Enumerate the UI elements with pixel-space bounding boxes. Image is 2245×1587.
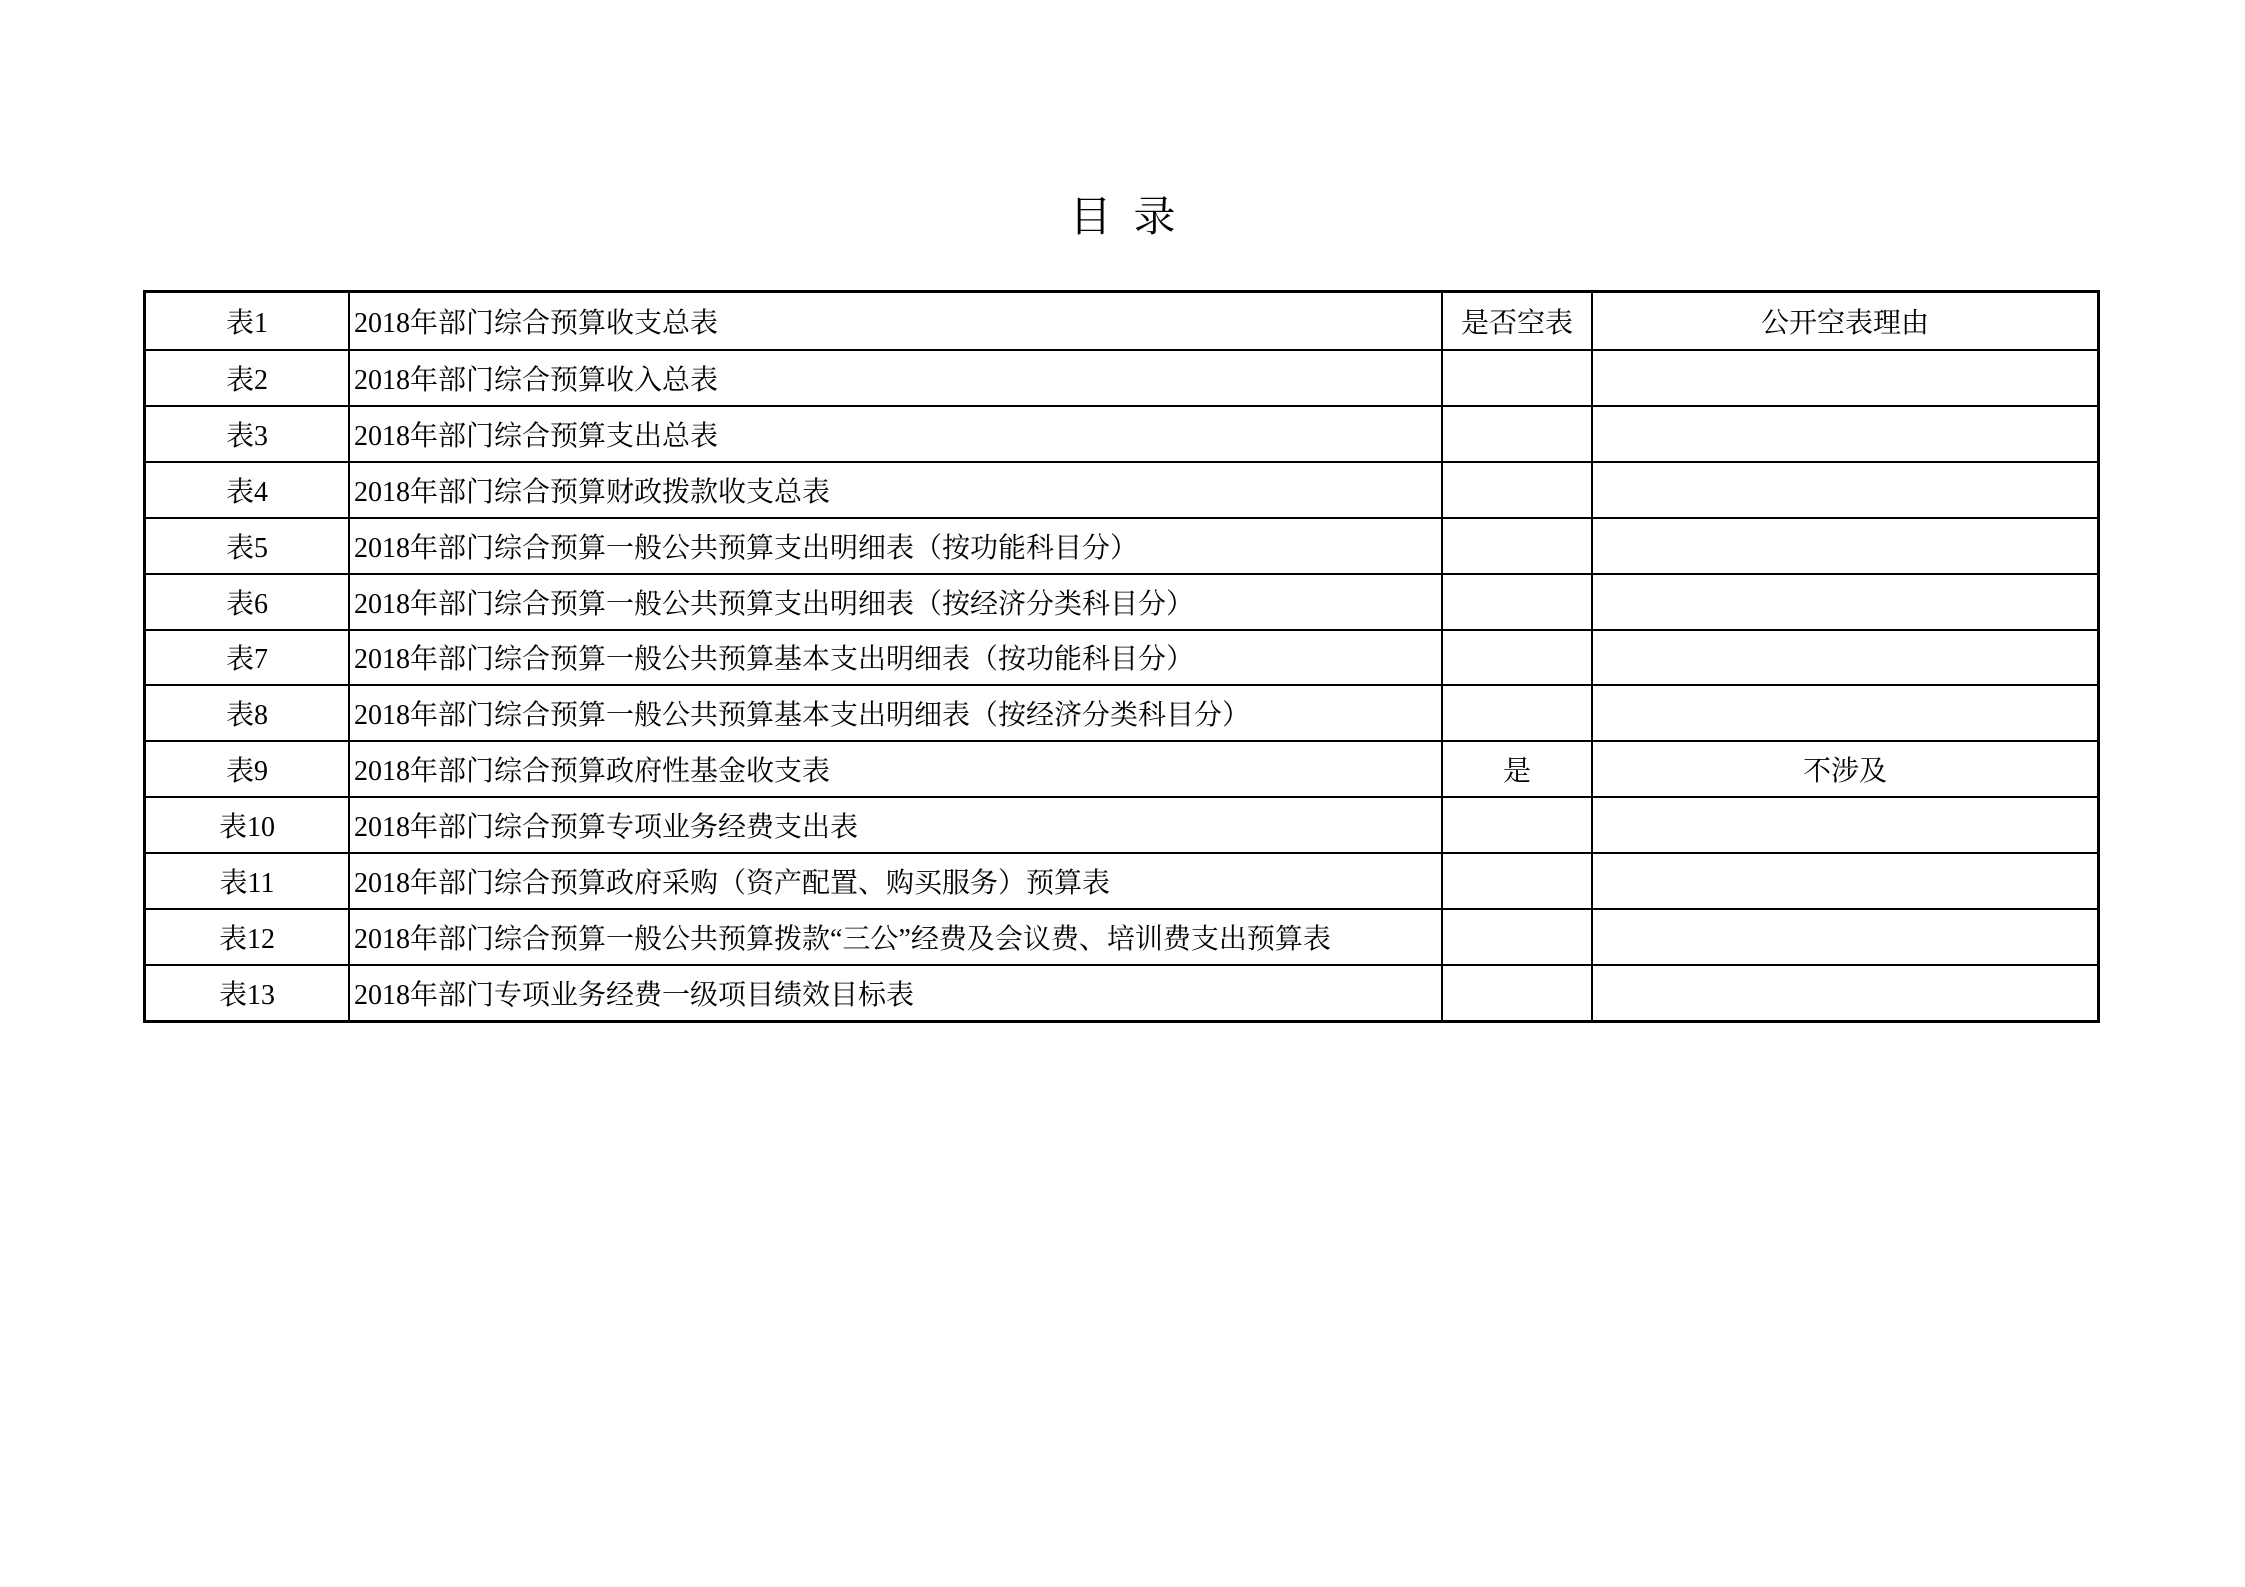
row-title-cell: 2018年部门综合预算支出总表 [348, 407, 1441, 461]
table-row: 表122018年部门综合预算一般公共预算拨款“三公”经费及会议费、培训费支出预算… [146, 908, 2097, 964]
table-row: 表82018年部门综合预算一般公共预算基本支出明细表（按经济分类科目分） [146, 684, 2097, 740]
empty-flag-cell [1441, 351, 1591, 405]
table-row: 表22018年部门综合预算收入总表 [146, 349, 2097, 405]
reason-cell [1591, 407, 2097, 461]
empty-flag-cell [1441, 575, 1591, 629]
row-title-cell: 2018年部门综合预算一般公共预算支出明细表（按经济分类科目分） [348, 575, 1441, 629]
toc-table: 表12018年部门综合预算收支总表是否空表公开空表理由表22018年部门综合预算… [143, 290, 2100, 1023]
reason-cell [1591, 351, 2097, 405]
reason-cell [1591, 798, 2097, 852]
table-row: 表112018年部门综合预算政府采购（资产配置、购买服务）预算表 [146, 852, 2097, 908]
row-title-cell: 2018年部门综合预算一般公共预算拨款“三公”经费及会议费、培训费支出预算表 [348, 910, 1441, 964]
row-title-cell: 2018年部门综合预算财政拨款收支总表 [348, 463, 1441, 517]
row-id-cell: 表8 [146, 686, 348, 740]
reason-cell [1591, 631, 2097, 685]
row-id-cell: 表6 [146, 575, 348, 629]
empty-flag-cell [1441, 686, 1591, 740]
document-page: 目录 表12018年部门综合预算收支总表是否空表公开空表理由表22018年部门综… [0, 0, 2245, 1587]
empty-flag-cell: 是 [1441, 742, 1591, 796]
empty-flag-cell: 是否空表 [1441, 293, 1591, 349]
row-id-cell: 表5 [146, 519, 348, 573]
row-title-cell: 2018年部门综合预算收支总表 [348, 293, 1441, 349]
page-title: 目录 [0, 188, 2245, 248]
row-title-cell: 2018年部门综合预算政府性基金收支表 [348, 742, 1441, 796]
row-title-cell: 2018年部门综合预算专项业务经费支出表 [348, 798, 1441, 852]
reason-cell: 公开空表理由 [1591, 293, 2097, 349]
empty-flag-cell [1441, 854, 1591, 908]
reason-cell [1591, 463, 2097, 517]
empty-flag-cell [1441, 631, 1591, 685]
empty-flag-cell [1441, 407, 1591, 461]
table-row: 表102018年部门综合预算专项业务经费支出表 [146, 796, 2097, 852]
reason-cell [1591, 519, 2097, 573]
row-id-cell: 表1 [146, 293, 348, 349]
row-id-cell: 表12 [146, 910, 348, 964]
reason-cell [1591, 686, 2097, 740]
reason-cell: 不涉及 [1591, 742, 2097, 796]
empty-flag-cell [1441, 798, 1591, 852]
empty-flag-cell [1441, 519, 1591, 573]
reason-cell [1591, 854, 2097, 908]
empty-flag-cell [1441, 966, 1591, 1020]
row-id-cell: 表7 [146, 631, 348, 685]
row-title-cell: 2018年部门综合预算一般公共预算基本支出明细表（按经济分类科目分） [348, 686, 1441, 740]
row-id-cell: 表9 [146, 742, 348, 796]
table-row: 表12018年部门综合预算收支总表是否空表公开空表理由 [146, 293, 2097, 349]
reason-cell [1591, 966, 2097, 1020]
table-row: 表62018年部门综合预算一般公共预算支出明细表（按经济分类科目分） [146, 573, 2097, 629]
table-row: 表52018年部门综合预算一般公共预算支出明细表（按功能科目分） [146, 517, 2097, 573]
row-title-cell: 2018年部门综合预算一般公共预算支出明细表（按功能科目分） [348, 519, 1441, 573]
empty-flag-cell [1441, 910, 1591, 964]
row-id-cell: 表10 [146, 798, 348, 852]
row-title-cell: 2018年部门综合预算收入总表 [348, 351, 1441, 405]
empty-flag-cell [1441, 463, 1591, 517]
row-id-cell: 表2 [146, 351, 348, 405]
row-title-cell: 2018年部门综合预算政府采购（资产配置、购买服务）预算表 [348, 854, 1441, 908]
reason-cell [1591, 575, 2097, 629]
row-id-cell: 表11 [146, 854, 348, 908]
table-row: 表132018年部门专项业务经费一级项目绩效目标表 [146, 964, 2097, 1020]
row-title-cell: 2018年部门专项业务经费一级项目绩效目标表 [348, 966, 1441, 1020]
row-title-cell: 2018年部门综合预算一般公共预算基本支出明细表（按功能科目分） [348, 631, 1441, 685]
table-row: 表92018年部门综合预算政府性基金收支表是不涉及 [146, 740, 2097, 796]
table-row: 表32018年部门综合预算支出总表 [146, 405, 2097, 461]
row-id-cell: 表3 [146, 407, 348, 461]
table-row: 表72018年部门综合预算一般公共预算基本支出明细表（按功能科目分） [146, 629, 2097, 685]
row-id-cell: 表4 [146, 463, 348, 517]
table-row: 表42018年部门综合预算财政拨款收支总表 [146, 461, 2097, 517]
reason-cell [1591, 910, 2097, 964]
row-id-cell: 表13 [146, 966, 348, 1020]
